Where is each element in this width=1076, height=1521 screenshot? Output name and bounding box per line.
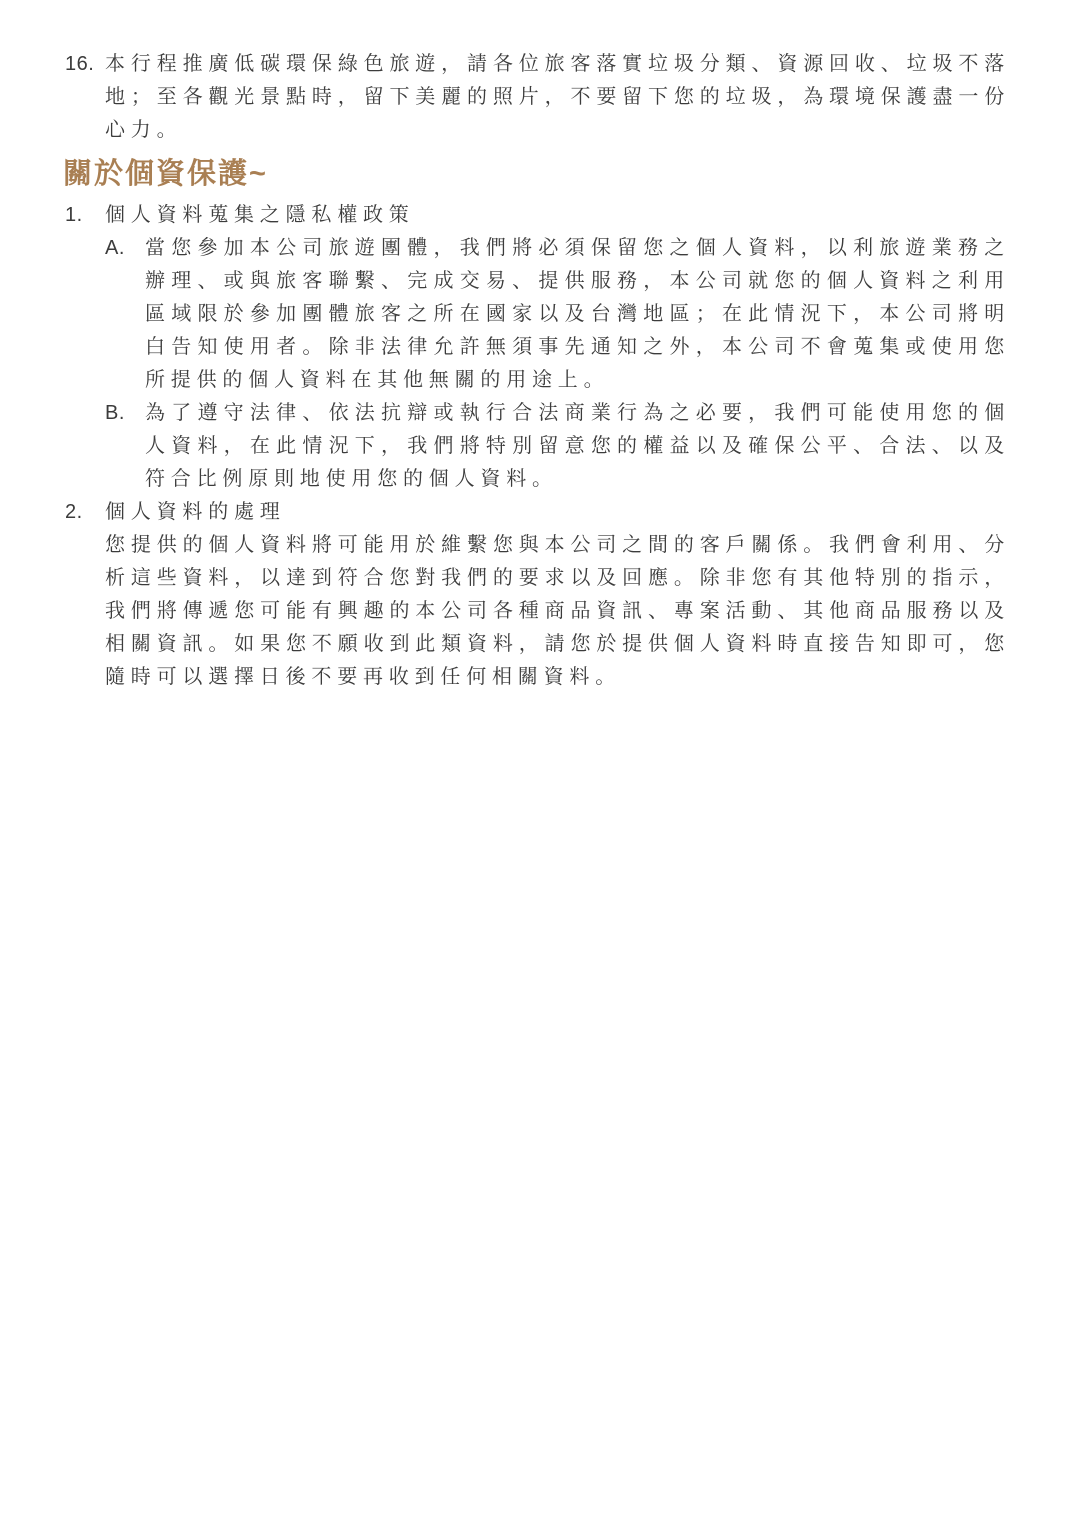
list-marker-16: 16. (65, 48, 105, 81)
list-item-16-text: 本行程推廣低碳環保綠色旅遊，請各位旅客落實垃圾分類、資源回收、垃圾不落地；至各觀… (105, 48, 1010, 147)
list-item-2-title: 個人資料的處理 (105, 496, 1010, 529)
list-item-A: A. 當您參加本公司旅遊團體，我們將必須保留您之個人資料，以利旅遊業務之辦理、或… (105, 232, 1010, 397)
list-item-A-text: 當您參加本公司旅遊團體，我們將必須保留您之個人資料，以利旅遊業務之辦理、或與旅客… (145, 232, 1010, 397)
list-item-2: 2. 個人資料的處理 (65, 496, 1010, 529)
privacy-section-heading: 關於個資保護~ (63, 155, 1010, 193)
list-item-B-text: 為了遵守法律、依法抗辯或執行合法商業行為之必要，我們可能使用您的個人資料，在此情… (145, 397, 1010, 496)
list-item-B: B. 為了遵守法律、依法抗辯或執行合法商業行為之必要，我們可能使用您的個人資料，… (105, 397, 1010, 496)
list-marker-2: 2. (65, 496, 105, 529)
document-page: 16. 本行程推廣低碳環保綠色旅遊，請各位旅客落實垃圾分類、資源回收、垃圾不落地… (0, 0, 1076, 1521)
list-item-1: 1. 個人資料蒐集之隱私權政策 (65, 199, 1010, 232)
list-item-1-title: 個人資料蒐集之隱私權政策 (105, 199, 1010, 232)
list-item-16: 16. 本行程推廣低碳環保綠色旅遊，請各位旅客落實垃圾分類、資源回收、垃圾不落地… (65, 48, 1010, 147)
list-marker-B: B. (105, 397, 145, 430)
list-marker-A: A. (105, 232, 145, 265)
list-marker-1: 1. (65, 199, 105, 232)
list-item-2-body: 您提供的個人資料將可能用於維繫您與本公司之間的客戶關係。我們會利用、分析這些資料… (105, 529, 1010, 694)
